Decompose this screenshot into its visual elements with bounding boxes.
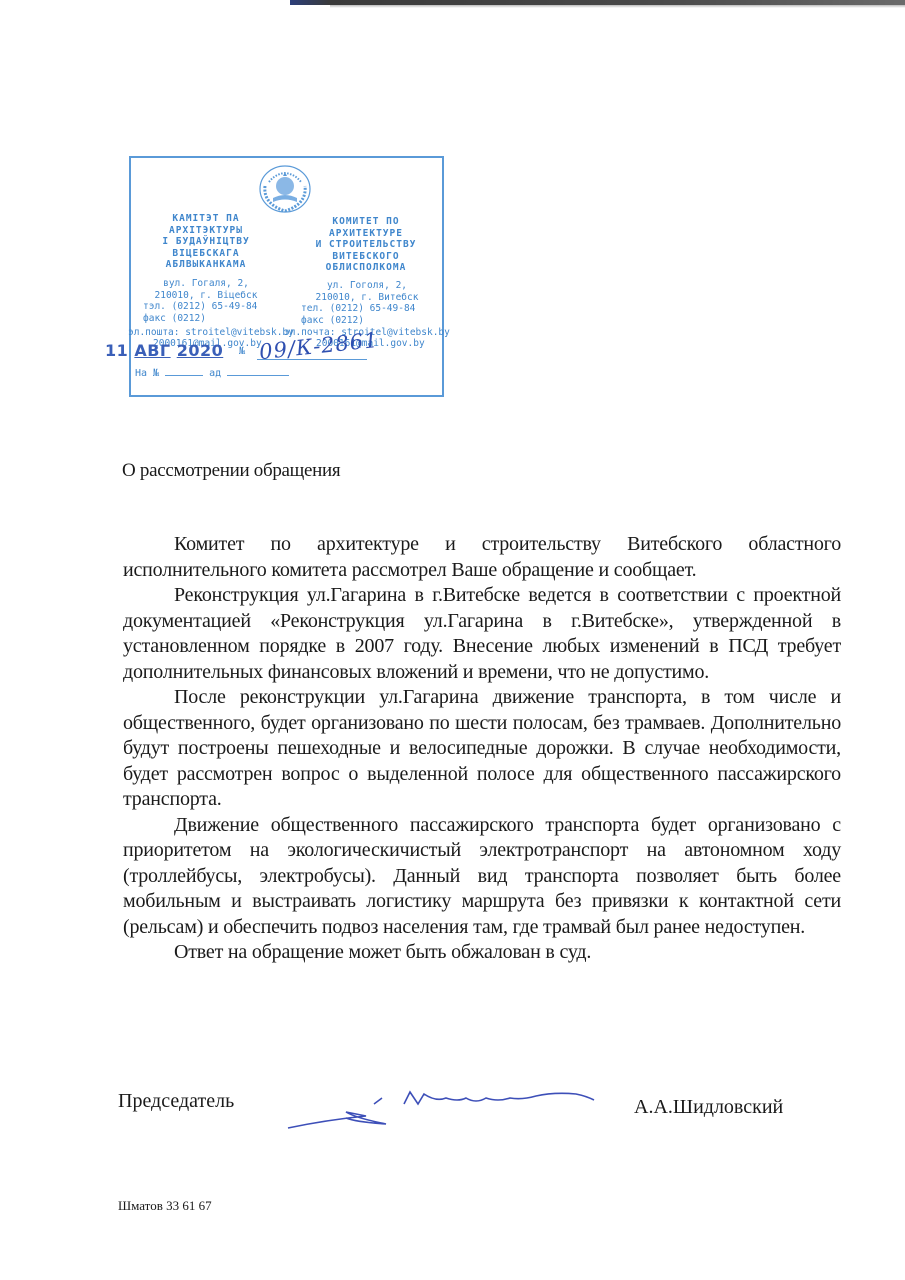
stamp-org-line: И СТРОИТЕЛЬСТВУ [291,239,441,251]
stamp-ref-date-blank [227,375,289,376]
paragraph: Ответ на обращение может быть обжалован … [123,940,841,966]
stamp-address-line: 210010, г. Віцебск [131,290,281,302]
stamp-org-russian: КОМИТЕТ ПО АРХИТЕКТУРЕ И СТРОИТЕЛЬСТВУ В… [291,216,441,274]
stamp-org-line: АРХІТЭКТУРЫ [131,225,281,237]
stamp-org-line: АБЛВЫКАНКАМА [131,259,281,271]
stamp-reference-line: На №ад [135,368,289,379]
signatory-title: Председатель [118,1090,234,1113]
stamp-date-year: 2020 [177,341,224,360]
stamp-date: 11 АВГ 2020 [105,341,223,360]
paragraph: Движение общественного пассажирского тра… [123,813,841,941]
stamp-org-belarusian: КАМІТЭТ ПА АРХІТЭКТУРЫ І БУДАЎНІЦТВУ ВІЦ… [131,213,281,271]
stamp-ref-label: На № [135,368,159,379]
stamp-fax: факс (0212) [131,313,281,325]
state-emblem-icon [257,164,313,214]
stamp-email: эл.пошта: stroitel@vitebsk.by [128,327,294,338]
signature-block: Председатель А.А.Шидловский [118,1090,808,1130]
stamp-phone: тел. (0212) 65-49-84 [289,303,445,315]
stamp-number-label: № [239,346,245,357]
stamp-date-day: 11 [105,341,128,360]
stamp-address-line: вул. Гогаля, 2, [131,278,281,290]
stamp-org-line: ВІЦЕБСКАГА [131,248,281,260]
stamp-address-line: ул. Гоголя, 2, [289,280,445,292]
stamp-address-belarusian: вул. Гогаля, 2, 210010, г. Віцебск тэл. … [131,278,281,324]
stamp-address-russian: ул. Гоголя, 2, 210010, г. Витебск тел. (… [289,280,445,326]
stamp-org-line: КАМІТЭТ ПА [131,213,281,225]
signatory-name: А.А.Шидловский [634,1096,783,1119]
stamp-org-line: ВИТЕБСКОГО [291,251,441,263]
stamp-ref-blank [165,375,203,376]
stamp-org-line: АРХИТЕКТУРЕ [291,228,441,240]
paragraph: Реконструкция ул.Гагарина в г.Витебске в… [123,583,841,685]
paragraph: После реконструкции ул.Гагарина движение… [123,685,841,813]
stamp-phone: тэл. (0212) 65-49-84 [131,301,281,313]
executor-contact: Шматов 33 61 67 [118,1198,212,1214]
stamp-date-month: АВГ [134,341,170,360]
stamp-fax: факс (0212) [289,315,445,327]
letter-body: Комитет по архитектуре и строительству В… [123,532,841,966]
handwritten-signature-icon [286,1082,596,1132]
letter-subject: О рассмотрении обращения [122,460,340,482]
registration-stamp: КАМІТЭТ ПА АРХІТЭКТУРЫ І БУДАЎНІЦТВУ ВІЦ… [129,156,444,397]
stamp-org-line: ОБЛИСПОЛКОМА [291,262,441,274]
stamp-address-line: 210010, г. Витебск [289,292,445,304]
scan-edge-gradient [330,5,905,8]
stamp-ref-date-label: ад [209,368,221,379]
paragraph: Комитет по архитектуре и строительству В… [123,532,841,583]
stamp-org-line: І БУДАЎНІЦТВУ [131,236,281,248]
stamp-org-line: КОМИТЕТ ПО [291,216,441,228]
